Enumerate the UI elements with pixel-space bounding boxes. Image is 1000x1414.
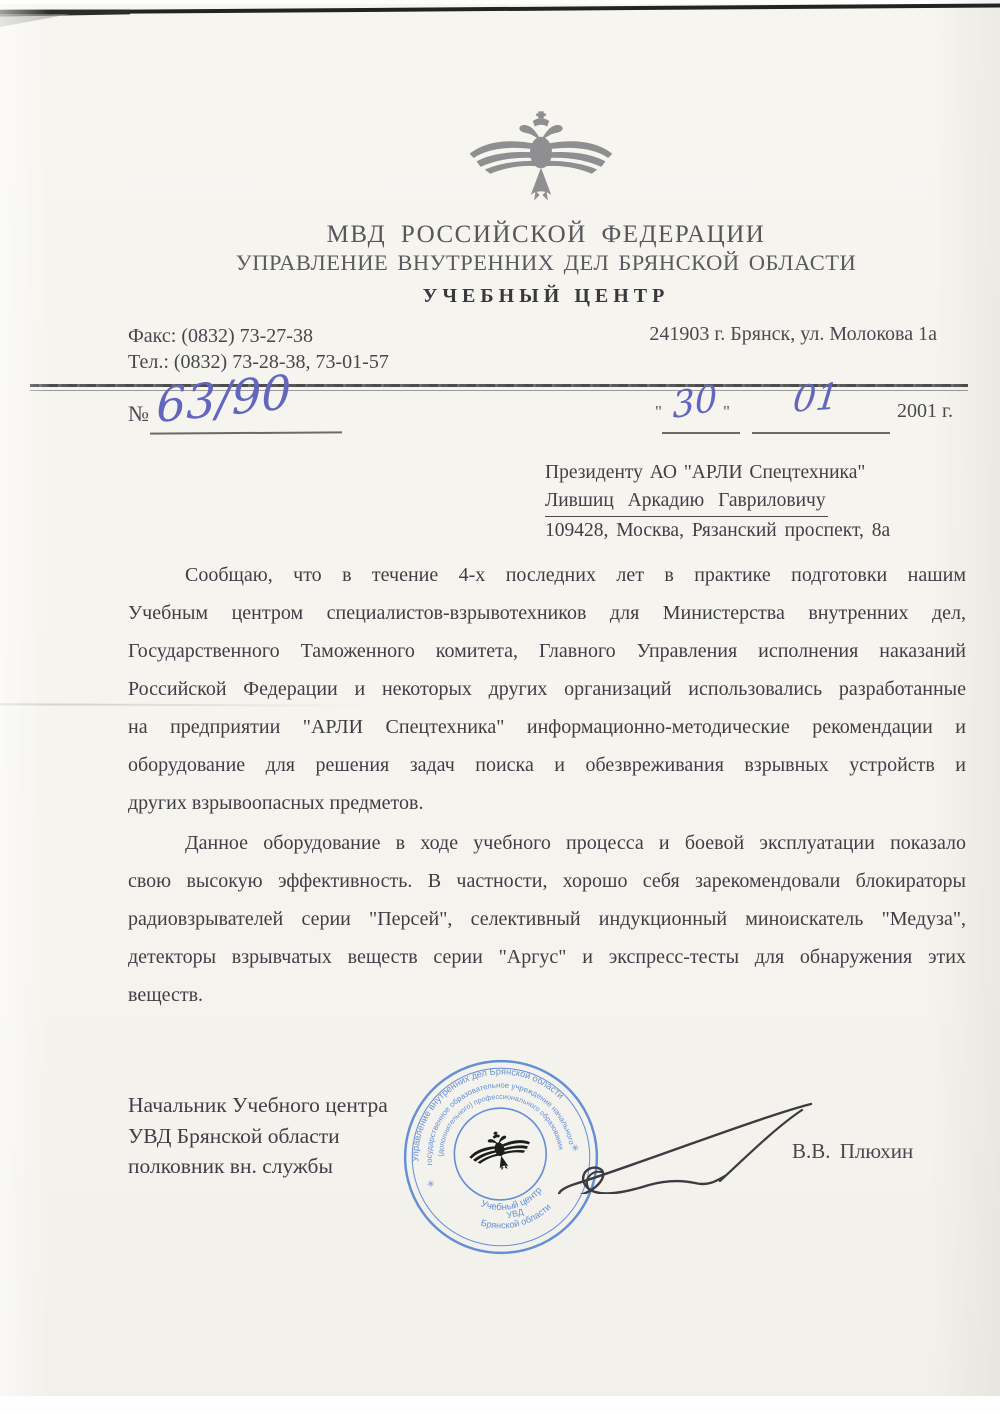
body-paragraph-1: Сообщаю, что в течение 4-х последних лет…: [128, 556, 966, 822]
body-text-line: Российской Федерации и некоторых других …: [128, 670, 966, 708]
date-month-handwritten: 01: [791, 376, 841, 421]
date-close-quote: ": [723, 402, 730, 422]
body-text-line: Учебным центром специалистов-взрывотехни…: [128, 594, 966, 632]
signer-name: В.В. Плюхин: [792, 1139, 913, 1164]
mvd-eagle-emblem-icon: [463, 110, 619, 206]
body-text-line: Государственного Таможенного комитета, Г…: [128, 632, 966, 670]
org-name-line2: УПРАВЛЕНИЕ ВНУТРЕННИХ ДЕЛ БРЯНСКОЙ ОБЛАС…: [90, 250, 1000, 276]
signer-title-line3: полковник вн. службы: [128, 1151, 388, 1182]
postal-address: 241903 г. Брянск, ул. Молокова 1а: [649, 323, 937, 346]
body-text-line: Данное оборудование в ходе учебного проц…: [128, 824, 966, 862]
org-name-line1: МВД РОССИЙСКОЙ ФЕДЕРАЦИИ: [90, 221, 1000, 249]
body-text-line: свою высокую эффективность. В частности,…: [128, 862, 966, 900]
signer-title-line2: УВД Брянской области: [128, 1121, 388, 1152]
date-day-underline: [662, 432, 740, 434]
body-text-line: на предприятии "АРЛИ Спецтехника" информ…: [128, 708, 966, 746]
body-text-line: детекторы взрывчатых веществ серии "Аргу…: [128, 938, 966, 976]
date-open-quote: ": [655, 402, 662, 422]
date-year: 2001 г.: [897, 400, 953, 423]
reference-number-sign: №: [128, 401, 149, 427]
signer-title-line1: Начальник Учебного центра: [128, 1090, 388, 1121]
signer-title-block: Начальник Учебного центра УВД Брянской о…: [128, 1090, 388, 1182]
scanned-letter: МВД РОССИЙСКОЙ ФЕДЕРАЦИИ УПРАВЛЕНИЕ ВНУТ…: [0, 0, 1000, 1414]
date-month-underline: [752, 432, 890, 434]
body-text-line: оборудование для решения задач поиска и …: [128, 746, 966, 784]
handwritten-signature: [513, 1090, 825, 1194]
recipient-block: Президенту АО "АРЛИ Спецтехника" Лившиц …: [545, 459, 890, 545]
body-paragraph-2: Данное оборудование в ходе учебного проц…: [128, 824, 966, 1014]
body-text-line: Сообщаю, что в течение 4-х последних лет…: [128, 556, 966, 594]
org-name-line3: УЧЕБНЫЙ ЦЕНТР: [90, 285, 1000, 308]
body-text-line: других взрывоопасных предметов.: [128, 784, 966, 822]
body-text-line: веществ.: [128, 976, 966, 1014]
stamp-star-left: ✳: [426, 1178, 436, 1190]
recipient-title: Президенту АО "АРЛИ Спецтехника": [545, 459, 890, 487]
recipient-address: 109428, Москва, Рязанский проспект, 8а: [545, 517, 890, 545]
body-text-line: радиовзрывателей серии "Персей", селекти…: [128, 900, 966, 938]
fax-number: Факс: (0832) 73-27-38: [128, 325, 313, 348]
scan-bottom-margin: [0, 1396, 1000, 1414]
recipient-name: Лившиц Аркадию Гавриловичу: [545, 487, 828, 517]
date-day-handwritten: 30: [672, 378, 719, 427]
